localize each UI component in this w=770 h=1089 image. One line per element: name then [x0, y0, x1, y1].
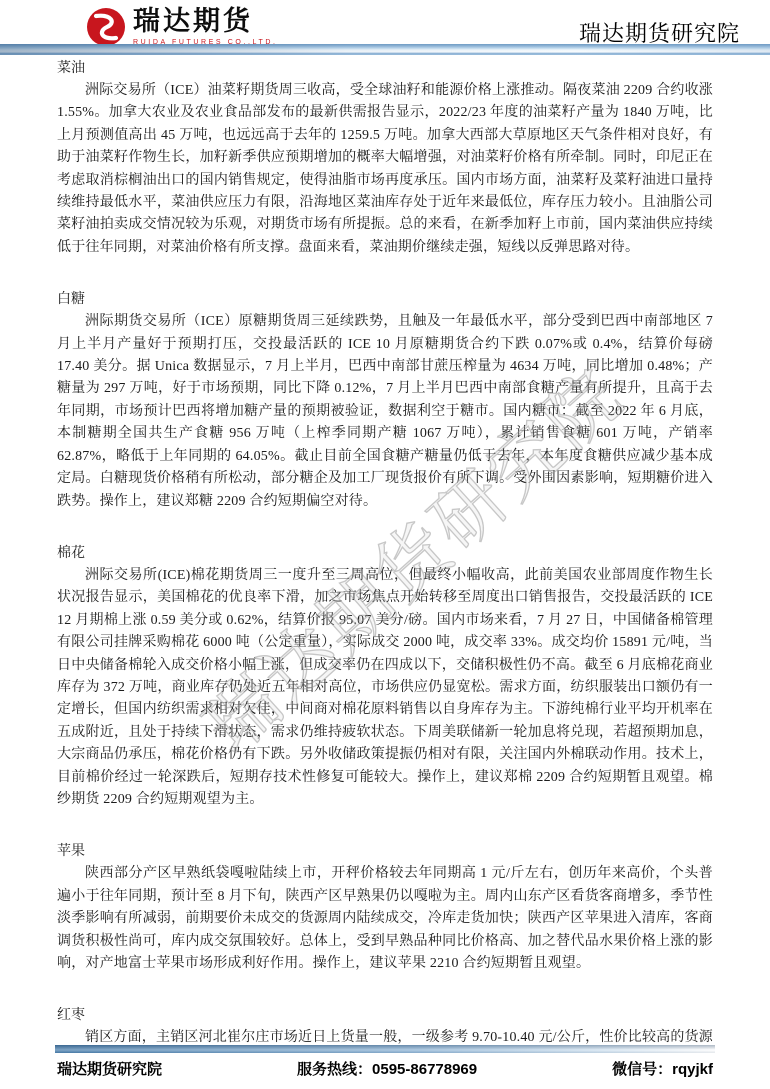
- section-title-red-dates: 红枣: [57, 1005, 713, 1027]
- footer-institute: 瑞达期货研究院: [57, 1058, 162, 1079]
- section-title-cotton: 棉花: [57, 543, 713, 565]
- section-text-apple: 陕西部分产区早熟纸袋嘎啦陆续上市，开秤价格较去年同期高 1 元/斤左右，创历年来…: [57, 863, 713, 975]
- section-sugar: 白糖 洲际期货交易所（ICE）原糖期货周三延续跌势，且触及一年最低水平，部分受到…: [57, 289, 713, 513]
- section-text-sugar: 洲际期货交易所（ICE）原糖期货周三延续跌势，且触及一年最低水平，部分受到巴西中…: [57, 311, 713, 513]
- section-title-sugar: 白糖: [57, 289, 713, 311]
- section-title-apple: 苹果: [57, 841, 713, 863]
- section-text-cotton: 洲际交易所(ICE)棉花期货周三一度升至三周高位，但最终小幅收高，此前美国农业部…: [57, 565, 713, 811]
- brand-logo: 瑞达期货 RUIDA FUTURES CO.,LTD.: [86, 7, 278, 47]
- header-divider-bar: [0, 44, 770, 55]
- footer: 瑞达期货研究院 服务热线：0595-86778969 微信号：rqyjkf: [57, 1058, 713, 1079]
- section-title-rapeseed-oil: 菜油: [57, 58, 713, 80]
- footer-hotline: 服务热线：0595-86778969: [297, 1058, 477, 1079]
- section-text-rapeseed-oil: 洲际交易所（ICE）油菜籽期货周三收高，受全球油籽和能源价格上涨推动。隔夜菜油 …: [57, 80, 713, 259]
- brand-name-cn: 瑞达期货: [133, 7, 278, 37]
- brand-text: 瑞达期货 RUIDA FUTURES CO.,LTD.: [133, 7, 278, 46]
- report-body: 菜油 洲际交易所（ICE）油菜籽期货周三收高，受全球油籽和能源价格上涨推动。隔夜…: [57, 58, 713, 1050]
- section-red-dates: 红枣 销区方面，主销区河北崔尔庄市场近日上货量一般，一级参考 9.70-10.4…: [57, 1005, 713, 1049]
- footer-wechat: 微信号：rqyjkf: [612, 1058, 713, 1079]
- section-text-red-dates: 销区方面，主销区河北崔尔庄市场近日上货量一般，一级参考 9.70-10.40 元…: [57, 1027, 713, 1049]
- section-rapeseed-oil: 菜油 洲际交易所（ICE）油菜籽期货周三收高，受全球油籽和能源价格上涨推动。隔夜…: [57, 58, 713, 259]
- section-cotton: 棉花 洲际交易所(ICE)棉花期货周三一度升至三周高位，但最终小幅收高，此前美国…: [57, 543, 713, 811]
- section-apple: 苹果 陕西部分产区早熟纸袋嘎啦陆续上市，开秤价格较去年同期高 1 元/斤左右，创…: [57, 841, 713, 975]
- ruida-swoosh-icon: [86, 7, 126, 47]
- report-page: 瑞达期货 RUIDA FUTURES CO.,LTD. 瑞达期货研究院 瑞达期货…: [0, 0, 770, 1089]
